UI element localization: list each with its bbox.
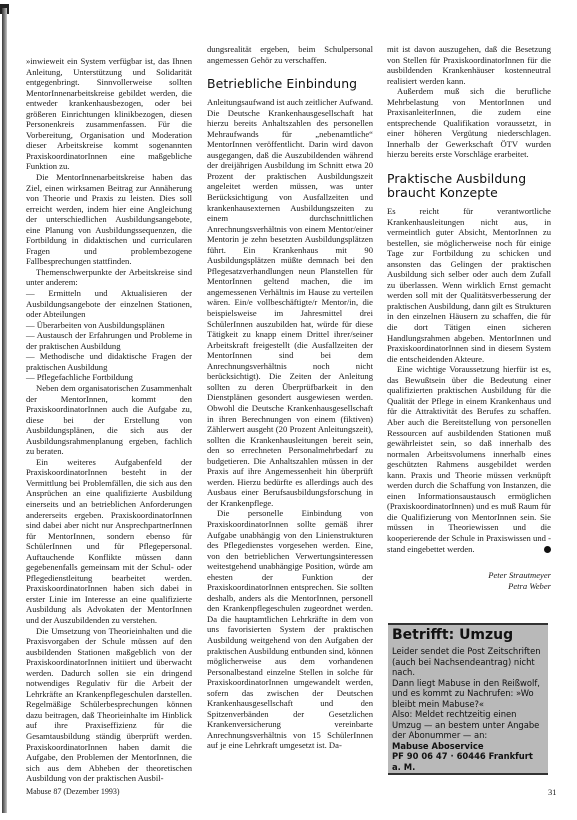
paragraph: Die MentorInnenarbeitskreise haben das Z… (26, 172, 192, 267)
paragraph: Außerdem muß sich die berufliche Mehrbel… (387, 86, 551, 160)
section-heading: Betriebliche Einbindung (207, 77, 373, 91)
paragraph: Neben dem organisatorischen Zusammenhalt… (26, 383, 192, 457)
paragraph: »inwieweit ein System verfügbar ist, das… (26, 56, 192, 172)
issue-footer: Mabuse 87 (Dezember 1993) (26, 787, 120, 796)
article-column-1: »inwieweit ein System verfügbar ist, das… (26, 56, 192, 784)
article-column-3: mit ist davon auszugehen, daß die Besetz… (387, 44, 551, 592)
notice-box-umzug: Betrifft: Umzug Leider sendet die Post Z… (388, 623, 548, 775)
paragraph: Die personelle Einbindung von Praxiskoor… (207, 508, 373, 751)
list-item: — Pflegefachliche Fortbildung (26, 372, 192, 383)
notice-line: Dann liegt Mabuse in den Reißwolf, und e… (392, 678, 544, 710)
address-line: PF 90 06 47 · 60446 Frankfurt a. M. (392, 751, 544, 772)
paragraph: Ein weiteres Aufgabenfeld der Praxiskoor… (26, 457, 192, 626)
paragraph: mit ist davon auszugehen, daß die Besetz… (387, 44, 551, 86)
author-name: Peter Strautmeyer (387, 570, 551, 581)
list-item: — Ermitteln und Aktualisieren der Ausbil… (26, 288, 192, 320)
paragraph: Anleitungsaufwand ist auch zeitlicher Au… (207, 97, 373, 508)
scan-spine-shadow (2, 8, 7, 813)
list-item: — Austausch der Erfahrungen und Probleme… (26, 330, 192, 351)
notice-title: Betrifft: Umzug (392, 627, 544, 644)
notice-line: Leider sendet die Post Zeitschriften (au… (392, 646, 544, 678)
end-of-article-icon (544, 546, 551, 553)
paragraph: Eine wichtige Voraussetzung hierfür ist … (387, 364, 551, 554)
list-item: — Überarbeiten von Ausbildungsplänen (26, 320, 192, 331)
paragraph-text: Eine wichtige Voraussetzung hierfür ist … (387, 364, 551, 553)
paragraph: Themenschwerpunkte der Arbeitskreise sin… (26, 267, 192, 288)
notice-line: Also: Meldet rechtzeitig einen Umzug — a… (392, 709, 544, 741)
list-item: — Methodische und didaktische Fragen der… (26, 351, 192, 372)
author-byline: Peter Strautmeyer Petra Weber (387, 570, 551, 592)
author-name: Petra Weber (387, 581, 551, 592)
paragraph: Die Umsetzung von Theorieinhalten und di… (26, 626, 192, 784)
page-number: 31 (548, 787, 557, 797)
article-column-2: dungsrealität ergeben, beim Schulpersona… (207, 44, 373, 751)
paragraph: dungsrealität ergeben, beim Schulpersona… (207, 44, 373, 65)
section-heading: Praktische Ausbildung braucht Konzepte (387, 172, 551, 200)
address-name: Mabuse Aboservice (392, 741, 544, 752)
paragraph: Es reicht für verantwortliche Krankenhau… (387, 206, 551, 364)
